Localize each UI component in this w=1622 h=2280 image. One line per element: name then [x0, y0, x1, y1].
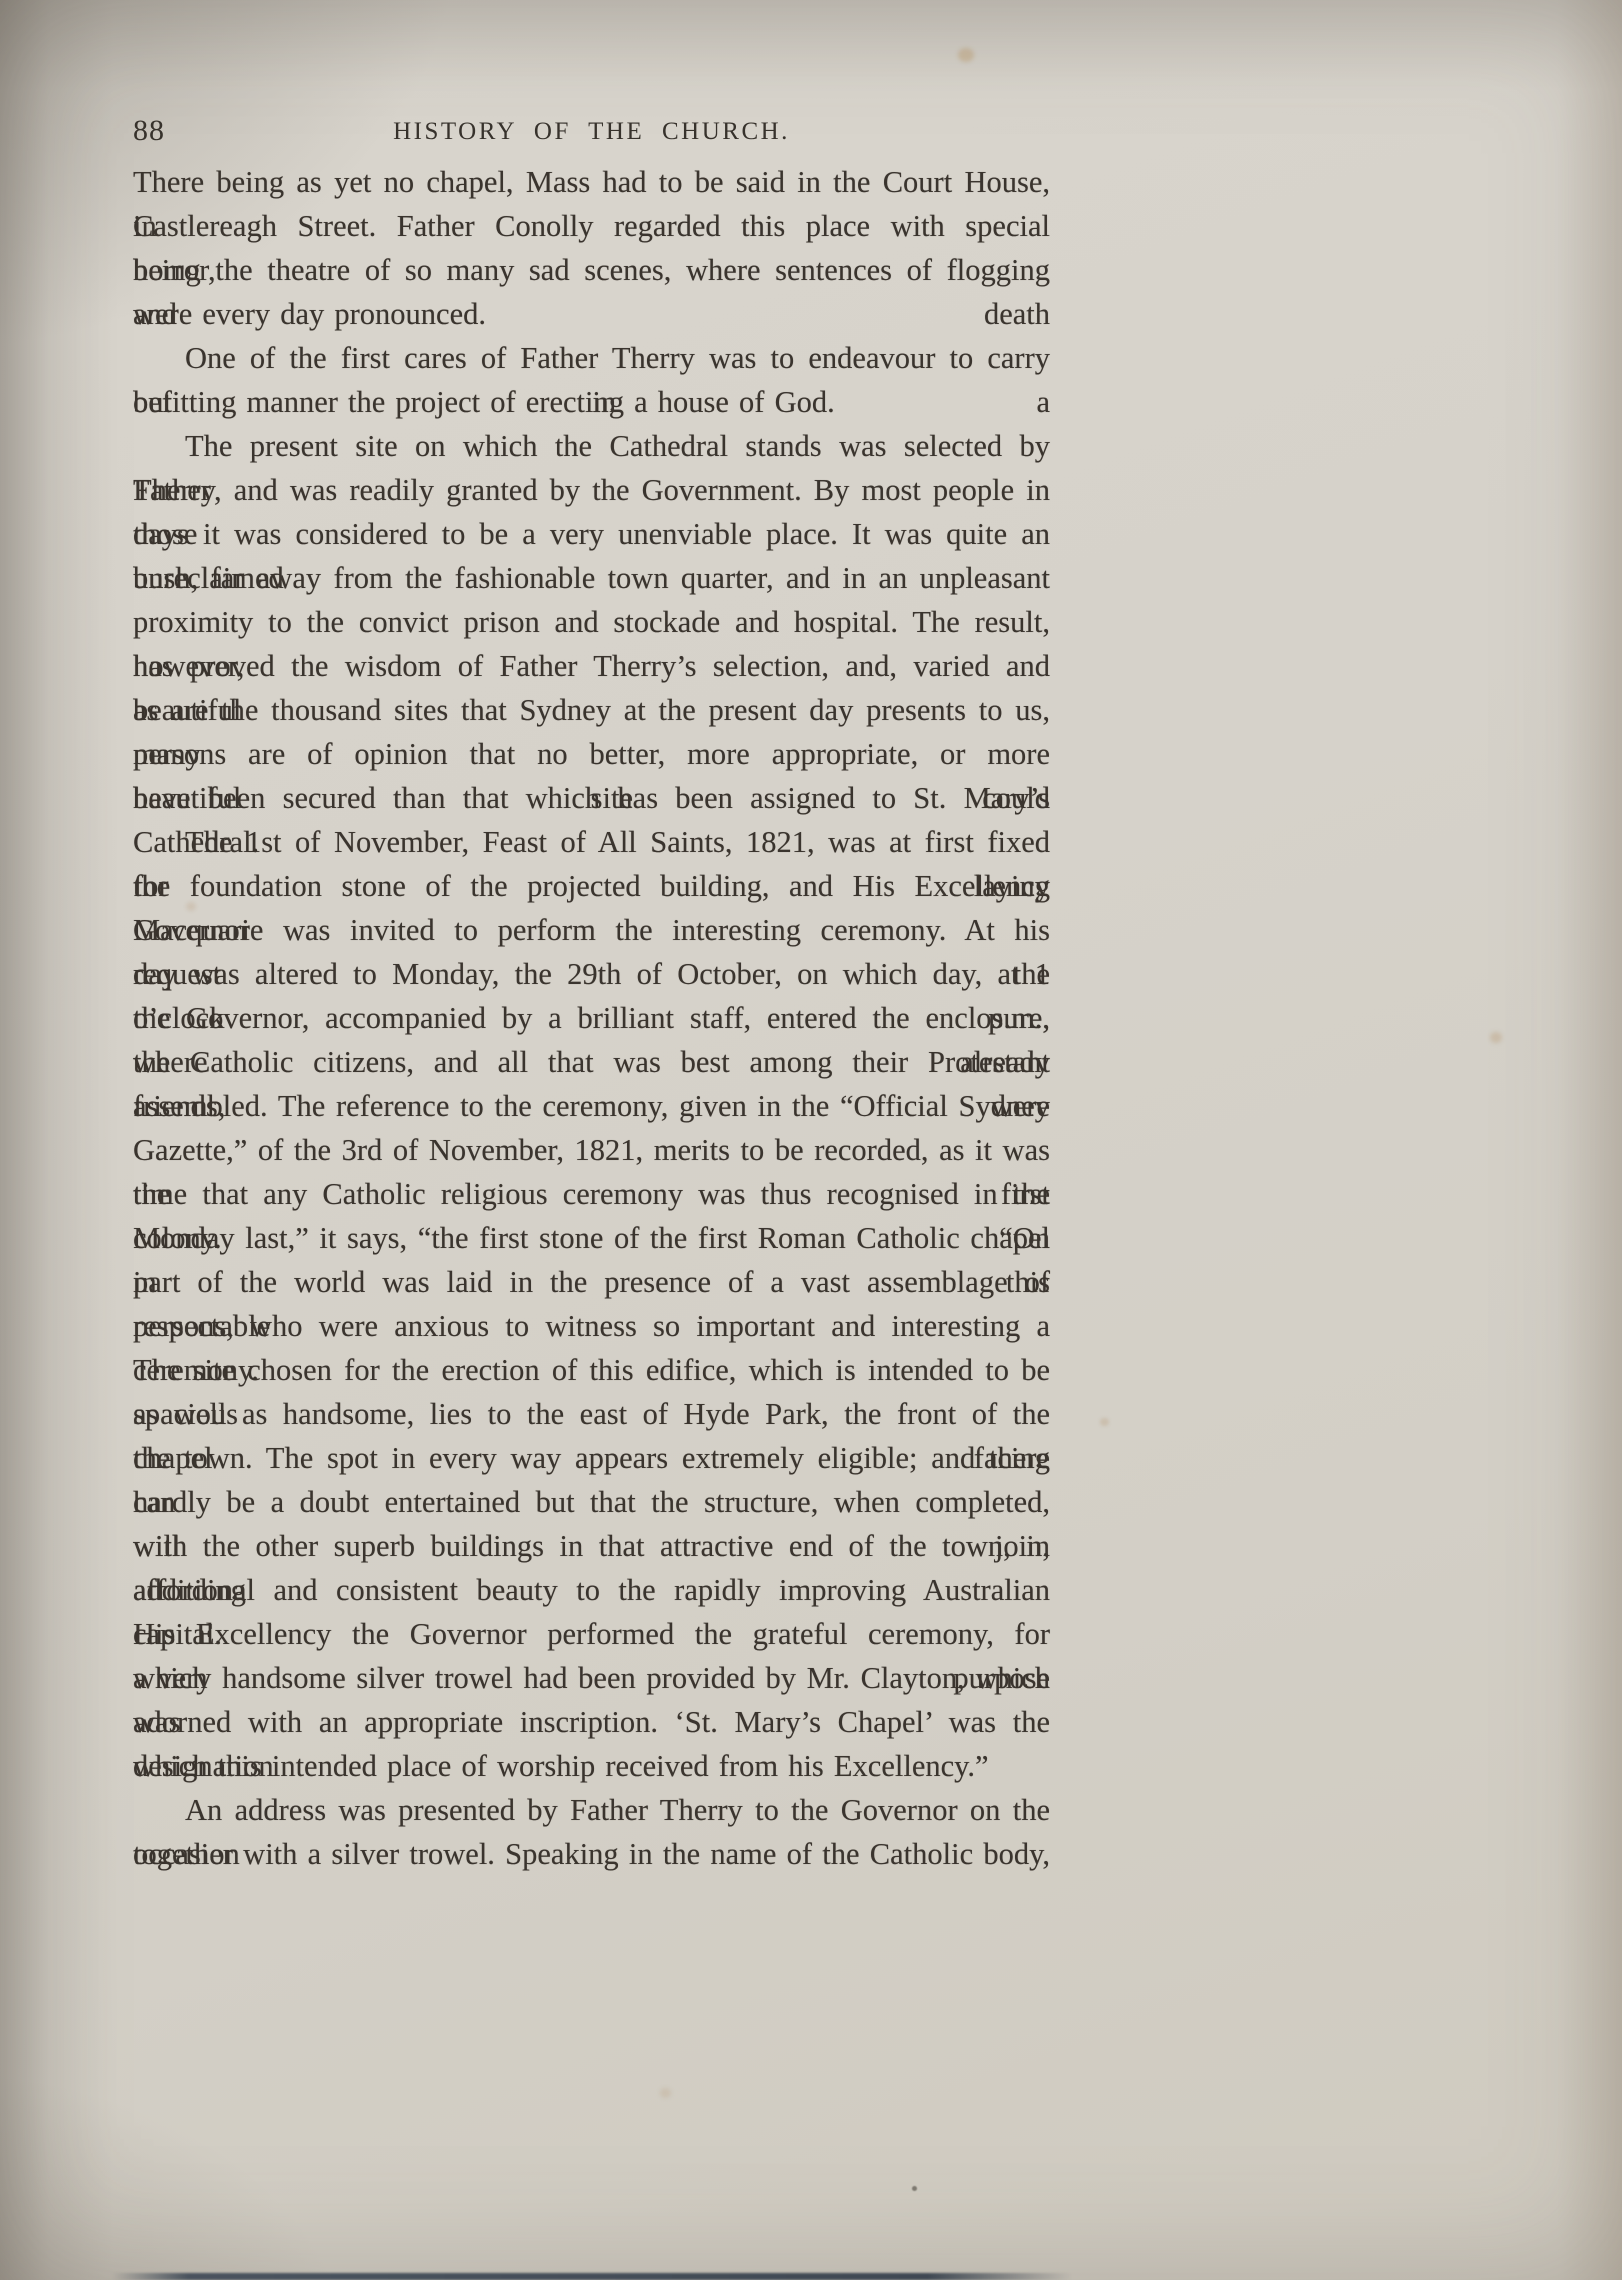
foxing-stain: [660, 2088, 671, 2098]
text-line: has proved the wisdom of Father Therry’s…: [133, 644, 1050, 688]
text-line: with the other superb buildings in that …: [133, 1524, 1050, 1568]
text-line: days it was considered to be a very unen…: [133, 512, 1050, 556]
text-line: Gazette,” of the 3rd of November, 1821, …: [133, 1128, 1050, 1172]
text-line: hardly be a doubt entertained but that t…: [133, 1480, 1050, 1524]
text-line: additional and consistent beauty to the …: [133, 1568, 1050, 1612]
text-line: proximity to the convict prison and stoc…: [133, 600, 1050, 644]
running-title: HISTORY OF THE CHURCH.: [133, 118, 1050, 146]
text-line: being the theatre of so many sad scenes,…: [133, 248, 1050, 292]
text-line: time that any Catholic religious ceremon…: [133, 1172, 1050, 1216]
text-line: together with a silver trowel. Speaking …: [133, 1832, 1050, 1876]
text-line: His Excellency the Governor performed th…: [133, 1612, 1050, 1656]
book-page: 88 HISTORY OF THE CHURCH. There being as…: [0, 0, 1622, 2280]
text-line: Therry, and was readily granted by the G…: [133, 468, 1050, 512]
text-line: Castlereagh Street. Father Conolly regar…: [133, 204, 1050, 248]
text-line: have been secured than that which has be…: [133, 776, 1050, 820]
text-line: assembled. The reference to the ceremony…: [133, 1084, 1050, 1128]
page-header: 88 HISTORY OF THE CHURCH.: [133, 112, 1050, 148]
text-line: the Governor, accompanied by a brilliant…: [133, 996, 1050, 1040]
text-line: The site chosen for the erection of this…: [133, 1348, 1050, 1392]
ink-speck: [912, 2186, 917, 2191]
text-line: part of the world was laid in the presen…: [133, 1260, 1050, 1304]
text-line: Monday last,” it says, “the first stone …: [133, 1216, 1050, 1260]
text-line: which this intended place of worship rec…: [133, 1744, 1050, 1788]
text-line: The present site on which the Cathedral …: [133, 424, 1050, 468]
text-line: the foundation stone of the projected bu…: [133, 864, 1050, 908]
text-line: Macquarie was invited to perform the int…: [133, 908, 1050, 952]
text-line: There being as yet no chapel, Mass had t…: [133, 160, 1050, 204]
body-text: There being as yet no chapel, Mass had t…: [133, 160, 1050, 1876]
foxing-stain: [1490, 1032, 1502, 1043]
text-line: The 1st of November, Feast of All Saints…: [133, 820, 1050, 864]
text-line: One of the first cares of Father Therry …: [133, 336, 1050, 380]
foxing-stain: [1100, 1418, 1109, 1426]
text-line: adorned with an appropriate inscription.…: [133, 1700, 1050, 1744]
text-line: bush, far away from the fashionable town…: [133, 556, 1050, 600]
text-line: persons, who were anxious to witness so …: [133, 1304, 1050, 1348]
page-bottom-edge: [112, 2273, 1072, 2280]
text-line: An address was presented by Father Therr…: [133, 1788, 1050, 1832]
text-line: as are the thousand sites that Sydney at…: [133, 688, 1050, 732]
text-line: the Catholic citizens, and all that was …: [133, 1040, 1050, 1084]
text-line: persons are of opinion that no better, m…: [133, 732, 1050, 776]
foxing-stain: [958, 48, 974, 62]
text-line: a very handsome silver trowel had been p…: [133, 1656, 1050, 1700]
text-line: the town. The spot in every way appears …: [133, 1436, 1050, 1480]
text-line: as well as handsome, lies to the east of…: [133, 1392, 1050, 1436]
text-line: day was altered to Monday, the 29th of O…: [133, 952, 1050, 996]
